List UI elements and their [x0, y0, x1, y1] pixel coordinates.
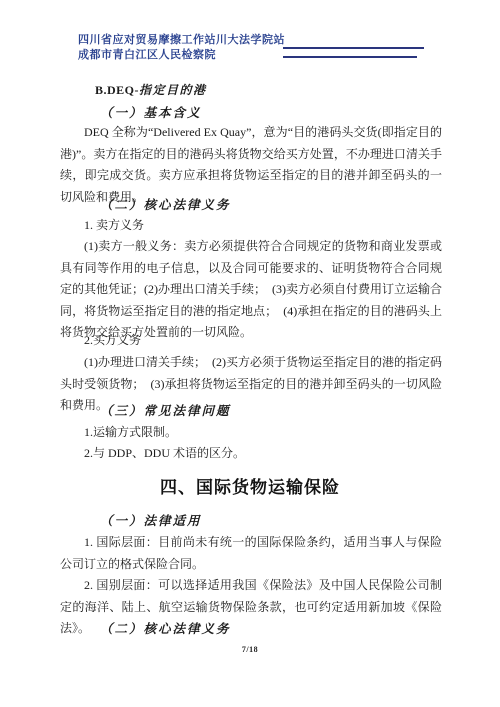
heading-basic-meaning: （一）基本含义	[100, 103, 202, 121]
issue-item-1: 1.运输方式限制。	[84, 423, 177, 440]
heading-core-legal-obligations: （二）核心法律义务	[100, 195, 231, 213]
heading-chapter4-core-legal-obligations: （二）核心法律义务	[100, 619, 231, 637]
issue-item-2: 2.与 DDP、DDU 术语的区分。	[84, 444, 245, 461]
document-page: 四川省应对贸易摩擦工作站川大法学院站 成都市青白江区人民检察院 B.DEQ-指定…	[0, 0, 500, 707]
applicable-law-item-1: 1. 国际层面：目前尚未有统一的国际保险条约，适用当事人与保险公司订立的格式保险…	[60, 532, 442, 575]
seller-obligations-title: 1. 卖方义务	[84, 216, 144, 233]
heading-common-legal-issues: （三）常见法律问题	[100, 401, 231, 419]
buyer-obligations-title: 2.买方义务	[84, 331, 141, 348]
deq-title-zh: 指定目的港	[139, 83, 207, 97]
chapter-title-cargo-insurance: 四、国际货物运输保险	[0, 473, 500, 498]
letterhead-org-line1: 四川省应对贸易摩擦工作站川大法学院站	[78, 33, 285, 48]
letterhead-rule-bottom	[283, 56, 417, 58]
letterhead-org-line2: 成都市青白江区人民检察院	[78, 48, 285, 63]
page-number: 7/18	[0, 645, 500, 654]
deq-section-title: B.DEQ-指定目的港	[95, 81, 207, 98]
letterhead: 四川省应对贸易摩擦工作站川大法学院站 成都市青白江区人民检察院	[78, 33, 285, 63]
seller-obligations-paragraph: (1)卖方一般义务：卖方必须提供符合合同规定的货物和商业发票或具有同等作用的电子…	[60, 236, 442, 344]
heading-applicable-law: （一）法律适用	[100, 511, 202, 529]
letterhead-rule-top	[283, 47, 424, 49]
deq-title-prefix: B.DEQ-	[95, 83, 139, 97]
